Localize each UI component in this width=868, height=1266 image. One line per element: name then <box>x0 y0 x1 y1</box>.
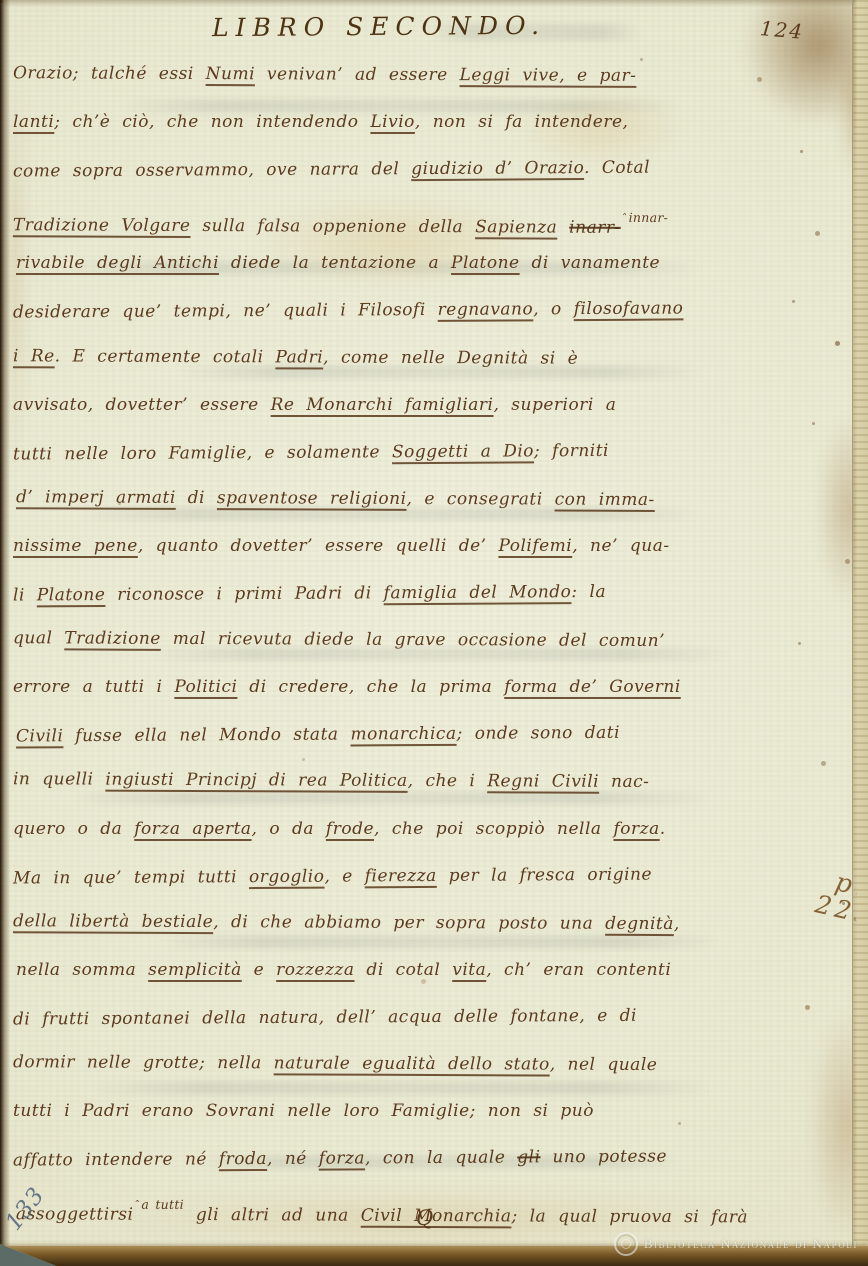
manuscript-line: come sopra osservammo, ove narra del giu… <box>13 144 840 196</box>
text-segment: monarchica <box>350 724 456 745</box>
text-segment: Numi <box>206 64 255 84</box>
manuscript-line: quero o da forza aperta, o da frode, che… <box>13 806 840 853</box>
text-segment: Orazio; talché essi <box>13 63 206 84</box>
manuscript-line: della libertà bestiale, di che abbiamo p… <box>13 898 840 949</box>
manuscript-line: tutti i Padri erano Sovrani nelle loro F… <box>13 1088 840 1135</box>
manuscript-line: errore a tutti i Politici di credere, ch… <box>13 664 840 711</box>
text-segment: , quanto dovetter’ essere quelli de’ <box>138 536 499 556</box>
text-segment: filosofavano <box>574 299 684 320</box>
page-edge-right <box>852 0 868 1248</box>
text-segment: come sopra osservammo, ove narra del <box>13 159 411 181</box>
inserted-word: innar- <box>621 210 668 225</box>
text-segment: dormir nelle grotte; nella <box>13 1052 274 1073</box>
text-segment: , o <box>533 300 574 320</box>
manuscript-line: affatto intendere né froda, né forza, co… <box>13 1133 840 1185</box>
text-segment: . <box>660 819 666 839</box>
text-segment: giudizio d’ Orazio <box>411 158 584 179</box>
text-segment: , <box>674 914 680 934</box>
text-segment: Politici <box>174 677 237 697</box>
text-segment: lanti <box>13 112 54 132</box>
text-segment: Polifemi <box>498 536 572 556</box>
manuscript-line: Ma in que’ tempi tutti orgoglio, e fiere… <box>13 850 840 902</box>
manuscript-line: nissime pene, quanto dovetter’ essere qu… <box>13 523 840 570</box>
text-segment: avvisato, dovetter’ essere <box>13 395 271 415</box>
struck-word: inarr- <box>569 218 621 238</box>
page-edge-bottom <box>0 1246 868 1266</box>
text-segment: ; ch’è ciò, che non intendendo <box>54 112 370 132</box>
text-segment: , di che abbiamo per sopra posto una <box>213 912 605 934</box>
text-segment: fierezza <box>365 866 437 886</box>
text-segment: desiderare que’ tempi, ne’ quali i Filos… <box>13 300 438 323</box>
text-segment: , che poi scoppiò nella <box>374 819 613 839</box>
text-segment: Livio <box>370 112 415 132</box>
manuscript-line: in quelli ingiusti Principj di rea Polit… <box>13 757 840 808</box>
text-segment: con imma- <box>555 489 655 509</box>
text-segment: Leggi vive, e par- <box>460 65 637 86</box>
text-segment: riconosce i primi Padri di <box>105 583 383 605</box>
text-segment: , con la quale <box>365 1148 517 1169</box>
text-segment: i Re <box>13 346 55 366</box>
text-segment: rivabile degli Antichi <box>16 253 219 273</box>
text-segment: nac- <box>599 772 649 792</box>
text-segment: forma de’ Governi <box>504 677 681 697</box>
manuscript-line: i Re. E certamente cotali Padri, come ne… <box>13 333 840 384</box>
text-segment: Civili <box>16 727 63 747</box>
text-segment: , e <box>324 866 364 886</box>
manuscript-text: Orazio; talché essi Numi venivan’ ad ess… <box>13 52 840 1229</box>
manuscript-line: Civili fusse ella nel Mondo stata monarc… <box>13 709 840 761</box>
text-segment: Civil Monarchia <box>361 1206 512 1227</box>
text-segment: famiglia del Mondo <box>384 582 572 603</box>
text-segment: , ch’ eran contenti <box>486 960 671 980</box>
text-segment: di frutti spontanei della natura, dell’ … <box>13 1006 637 1030</box>
text-segment: . Cotal <box>584 158 650 178</box>
text-segment: uno potesse <box>540 1147 667 1168</box>
page-header-title: LIBRO SECONDO. <box>212 11 546 42</box>
text-segment: vita <box>452 960 486 980</box>
page-scan: LIBRO SECONDO. 124 Orazio; talché essi N… <box>0 0 868 1266</box>
text-segment: , superiori a <box>494 395 617 415</box>
text-segment: , non si fa intendere, <box>415 112 629 132</box>
text-segment: Regni Civili <box>487 772 599 792</box>
text-segment: sulla falsa oppenione della <box>190 216 475 237</box>
text-segment: Platone <box>37 585 106 605</box>
text-segment: semplicità <box>148 960 242 980</box>
page-edge-top <box>0 0 868 7</box>
text-segment: , nel quale <box>550 1055 658 1075</box>
manuscript-line: rivabile degli Antichi diede la tentazio… <box>13 240 840 287</box>
text-segment: Tradizione Volgare <box>13 215 191 236</box>
struck-word: gli <box>517 1147 540 1167</box>
text-segment: spaventose religioni <box>217 488 407 509</box>
text-segment: tutti nelle loro Famiglie, e solamente <box>13 442 392 464</box>
text-segment: di <box>176 488 217 508</box>
text-segment: frode <box>326 819 374 839</box>
text-segment: fusse ella nel Mondo stata <box>63 725 350 747</box>
text-segment: forza <box>613 819 659 839</box>
inserted-word: a tutti <box>134 1197 185 1212</box>
text-segment: forza <box>319 1149 365 1169</box>
text-segment: e <box>242 960 276 980</box>
text-segment: in quelli <box>13 770 105 790</box>
text-segment: di credere, che la prima <box>237 677 504 697</box>
manuscript-line: qual Tradizione mal ricevuta diede la gr… <box>13 615 840 666</box>
text-segment: della libertà bestiale <box>13 911 213 932</box>
text-segment: Tradizione <box>64 629 161 649</box>
text-segment: tutti i Padri erano Sovrani nelle loro F… <box>13 1101 594 1121</box>
manuscript-line: avvisato, dovetter’ essere Re Monarchi f… <box>13 382 840 429</box>
text-segment: naturale egualità dello stato <box>274 1053 550 1074</box>
manuscript-line: d’ imperj armati di spaventose religioni… <box>13 474 840 525</box>
text-segment: froda <box>219 1149 267 1169</box>
manuscript-line: tutti nelle loro Famiglie, e solamente S… <box>13 426 840 478</box>
text-segment: mal ricevuta diede la grave occasione de… <box>161 629 665 651</box>
text-segment: qual <box>13 628 64 648</box>
manuscript-line: nella somma semplicità e rozzezza di cot… <box>13 947 840 994</box>
manuscript-line: Orazio; talché essi Numi venivan’ ad ess… <box>13 50 840 101</box>
text-segment: di vanamente <box>520 253 660 273</box>
text-segment: , e consegrati <box>407 489 555 510</box>
manuscript-line: di frutti spontanei della natura, dell’ … <box>13 991 840 1043</box>
text-segment: Padri <box>275 347 323 367</box>
text-segment: , ne’ qua- <box>572 536 669 556</box>
text-segment: li <box>13 585 37 605</box>
text-segment: orgoglio <box>249 866 325 886</box>
text-segment: ; forniti <box>534 441 609 461</box>
text-segment: venivan’ ad essere <box>255 64 460 85</box>
manuscript-line: Tradizione Volgare sulla falsa oppenione… <box>13 191 840 242</box>
text-segment: ; la qual pruova si farà <box>511 1207 748 1228</box>
text-segment: Ma in que’ tempi tutti <box>13 867 249 888</box>
manuscript-page: LIBRO SECONDO. 124 Orazio; talché essi N… <box>0 0 868 1266</box>
text-segment: quero o da <box>13 819 134 839</box>
text-segment: Re Monarchi famigliari <box>271 395 494 415</box>
text-segment: , che i <box>408 771 488 791</box>
text-segment: per la fresca origine <box>437 864 652 885</box>
text-segment: , né <box>267 1149 319 1169</box>
manuscript-line: desiderare que’ tempi, ne’ quali i Filos… <box>13 285 840 337</box>
text-segment: , o da <box>252 819 326 839</box>
text-segment: , come nelle Degnità si è <box>323 347 578 368</box>
text-segment: nissime pene <box>13 536 138 556</box>
binding-gutter <box>0 0 10 1248</box>
text-segment: ingiusti Principj di rea Politica <box>105 770 407 791</box>
text-segment: . E certamente cotali <box>55 346 276 367</box>
text-segment: diede la tentazione a <box>219 253 451 273</box>
text-segment: : la <box>571 582 606 602</box>
manuscript-line: li Platone riconosce i primi Padri di fa… <box>13 568 840 620</box>
text-segment: gli altri ad una <box>184 1205 361 1226</box>
text-segment: rozzezza <box>276 960 354 980</box>
text-segment: nella somma <box>16 960 148 980</box>
text-segment: errore a tutti i <box>13 677 174 697</box>
manuscript-line: dormir nelle grotte; nella naturale egua… <box>13 1039 840 1090</box>
text-segment: regnavano <box>438 300 534 321</box>
text-segment: Soggetti a Dio <box>392 441 534 462</box>
text-segment <box>557 218 569 238</box>
folio-number: 124 <box>759 16 805 44</box>
text-segment: di cotal <box>355 960 453 980</box>
text-segment: affatto intendere né <box>13 1149 219 1170</box>
text-segment: Sapienza <box>475 217 557 237</box>
manuscript-line: lanti; ch’è ciò, che non intendendo Livi… <box>13 99 840 146</box>
text-segment: ; onde sono dati <box>456 723 620 744</box>
text-segment: Platone <box>451 253 520 273</box>
catchword: Q <box>416 1206 434 1230</box>
text-segment: d’ imperj armati <box>16 487 176 508</box>
text-segment: forza aperta <box>134 819 251 839</box>
text-segment: degnità <box>605 913 674 933</box>
